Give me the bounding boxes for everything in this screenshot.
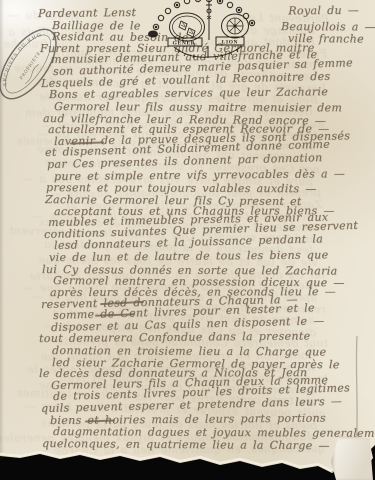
fiscal-stamp: GENER. LION: [146, 0, 270, 60]
fiscal-stamp-scepter: [206, 0, 212, 40]
ink-strikeout: [95, 313, 135, 317]
archive-stamp-inner-text: PROPRIETE: [18, 50, 41, 80]
fiscal-stamp-banner-left-text: GENER.: [173, 41, 198, 47]
ink-strikeout: [100, 301, 144, 306]
torn-corner-flap: [331, 436, 373, 480]
fiscal-stamp-banner-right-text: LION: [222, 40, 238, 46]
fiscal-stamp-right-medallion: [222, 14, 249, 38]
archive-stamp: ARCHIVES DU RHONE PROPRIETE: [0, 4, 82, 122]
fiscal-stamp-sprigs: [174, 46, 242, 58]
ink-strikeout: [85, 419, 115, 422]
fiscal-stamp-ink-blot: [148, 31, 158, 38]
scanned-document: Pardevant Lenst Royal du —Bailliage de l…: [0, 0, 375, 480]
ink-strikeout: [70, 141, 104, 144]
fiscal-stamp-left-medallion: [170, 13, 205, 41]
